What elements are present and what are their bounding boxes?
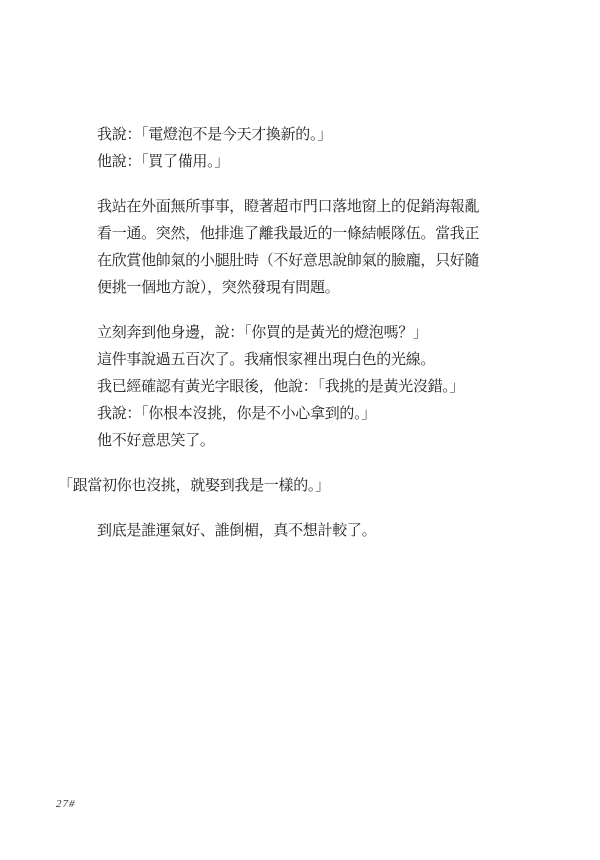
book-page: 我說：「電燈泡不是今天才換新的。」 他說：「買了備用。」 我站在外面無所事事，瞪… <box>0 0 600 860</box>
text-line: 我說：「你根本沒挑，你是不小心拿到的。」 <box>97 401 507 428</box>
paragraph-closing: 到底是誰運氣好、誰倒楣，真不想計較了。 <box>97 518 507 545</box>
text-line: 這件事說過五百次了。我痛恨家裡出現白色的光線。 <box>97 347 507 374</box>
text-column: 我說：「電燈泡不是今天才換新的。」 他說：「買了備用。」 我站在外面無所事事，瞪… <box>97 122 507 563</box>
text-line: 我站在外面無所事事，瞪著超市門口落地窗上的促銷海報亂 <box>97 194 507 221</box>
text-line: 立刻奔到他身邊，說：「你買的是黃光的燈泡嗎？」 <box>97 320 507 347</box>
text-line: 「跟當初你也沒挑，就娶到我是一樣的。」 <box>58 473 507 500</box>
text-line: 我說：「電燈泡不是今天才換新的。」 <box>97 122 507 149</box>
text-line: 便挑一個地方說），突然發現有問題。 <box>97 275 507 302</box>
text-line: 在欣賞他帥氣的小腿肚時（不好意思說帥氣的臉龐，只好隨 <box>97 248 507 275</box>
text-line: 我已經確認有黃光字眼後，他說：「我挑的是黃光沒錯。」 <box>97 374 507 401</box>
paragraph-narration-1: 我站在外面無所事事，瞪著超市門口落地窗上的促銷海報亂 看一通。突然，他排進了離我… <box>97 194 507 302</box>
text-line: 到底是誰運氣好、誰倒楣，真不想計較了。 <box>97 518 507 545</box>
paragraph-dialogue-2: 立刻奔到他身邊，說：「你買的是黃光的燈泡嗎？」 這件事說過五百次了。我痛恨家裡出… <box>97 320 507 455</box>
paragraph-quote: 「跟當初你也沒挑，就娶到我是一樣的。」 <box>58 473 507 500</box>
text-line: 他說：「買了備用。」 <box>97 149 507 176</box>
paragraph-dialogue-1: 我說：「電燈泡不是今天才換新的。」 他說：「買了備用。」 <box>97 122 507 176</box>
text-line: 他不好意思笑了。 <box>97 428 507 455</box>
page-number: 27# <box>56 798 76 810</box>
text-line: 看一通。突然，他排進了離我最近的一條結帳隊伍。當我正 <box>97 221 507 248</box>
